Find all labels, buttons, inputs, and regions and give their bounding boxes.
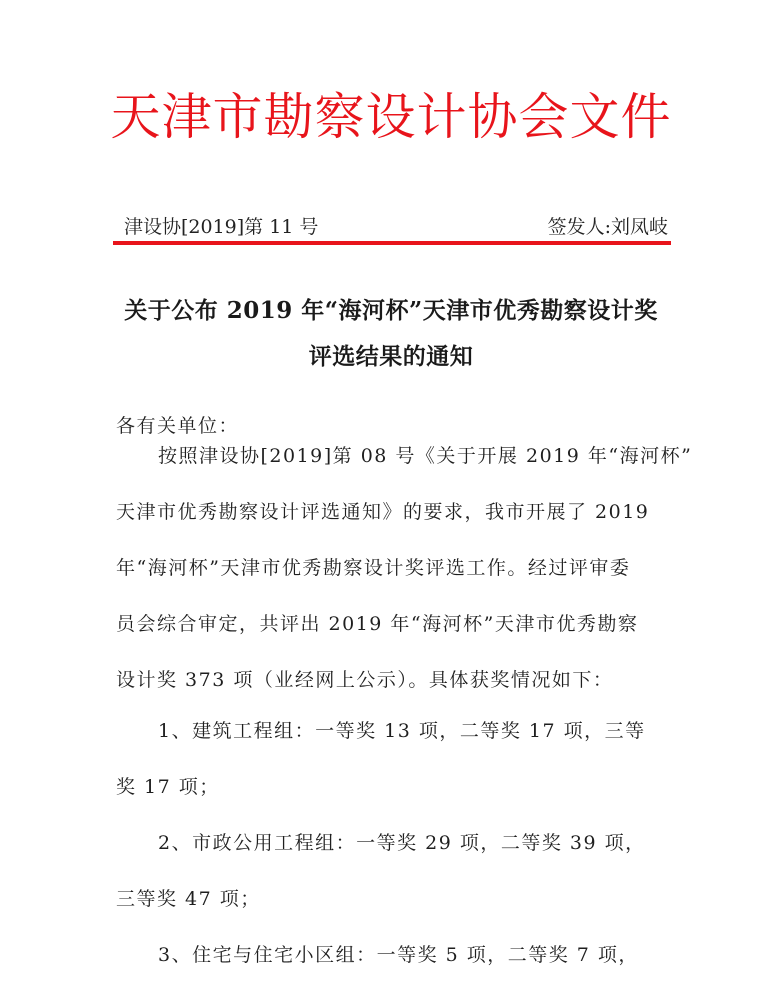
award-item-1-line-1: 1、建筑工程组：一等奖 13 项，二等奖 17 项，三等 bbox=[158, 718, 646, 744]
body-line: 设计奖 373 项（业经网上公示）。具体获奖情况如下： bbox=[116, 667, 613, 693]
award-item-2-line-2: 三等奖 47 项； bbox=[116, 886, 261, 912]
body-line: 按照津设协[2019]第 08 号《关于开展 2019 年“海河杯” bbox=[158, 443, 692, 469]
masthead-title: 天津市勘察设计协会文件 bbox=[0, 82, 782, 152]
document-page: 天津市勘察设计协会文件 津设协[2019]第 11 号 签发人:刘凤岐 关于公布… bbox=[0, 0, 782, 997]
award-item-2-line-1: 2、市政公用工程组：一等奖 29 项，二等奖 39 项， bbox=[158, 830, 646, 856]
body-line: 年“海河杯”天津市优秀勘察设计奖评选工作。经过评审委 bbox=[116, 555, 630, 581]
salutation: 各有关单位： bbox=[116, 413, 239, 439]
notice-title-line-1: 关于公布 2019 年“海河杯”天津市优秀勘察设计奖 bbox=[100, 294, 682, 328]
body-line: 员会综合审定，共评出 2019 年“海河杯”天津市优秀勘察 bbox=[116, 611, 638, 637]
red-divider-rule bbox=[113, 241, 671, 245]
signer: 签发人:刘凤岐 bbox=[548, 214, 668, 240]
award-item-3-line-1: 3、住宅与住宅小区组：一等奖 5 项，二等奖 7 项， bbox=[158, 942, 639, 968]
body-line: 天津市优秀勘察设计评选通知》的要求，我市开展了 2019 bbox=[116, 499, 649, 525]
award-item-1-line-2: 奖 17 项； bbox=[116, 774, 220, 800]
document-header-line: 津设协[2019]第 11 号 签发人:刘凤岐 bbox=[120, 214, 668, 240]
notice-title-line-2: 评选结果的通知 bbox=[100, 340, 682, 374]
document-number: 津设协[2019]第 11 号 bbox=[124, 214, 318, 240]
